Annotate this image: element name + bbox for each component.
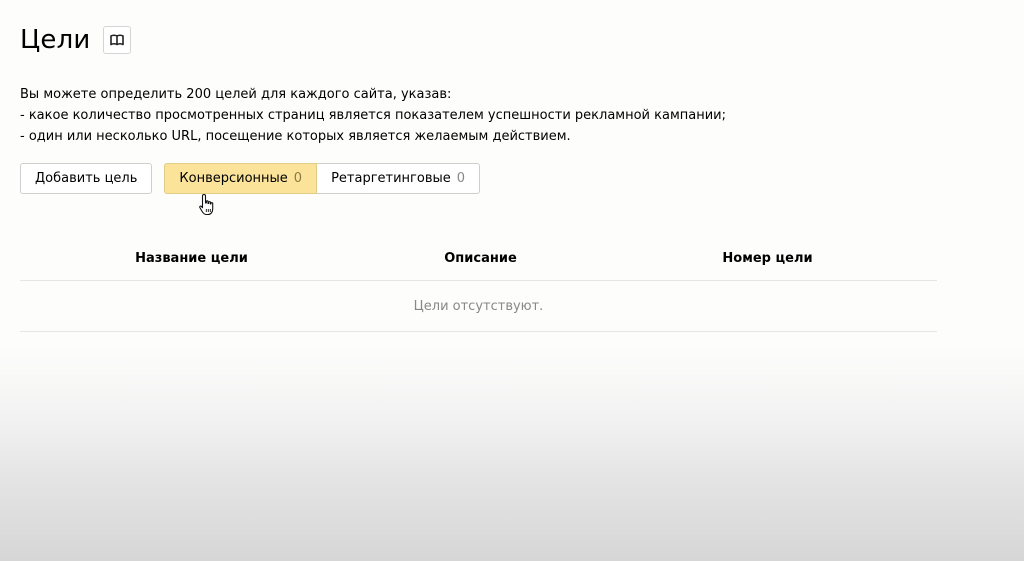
book-icon: [110, 34, 124, 46]
goals-table: Название цели Описание Номер цели Цели о…: [20, 236, 937, 332]
empty-state: Цели отсутствуют.: [20, 281, 937, 332]
tab-label: Ретаргетинговые: [331, 171, 451, 186]
column-header-description[interactable]: Описание: [363, 251, 598, 266]
tab-label: Конверсионные: [179, 171, 287, 186]
table-header: Название цели Описание Номер цели: [20, 236, 937, 281]
column-header-number[interactable]: Номер цели: [598, 251, 937, 266]
intro-line: - один или несколько URL, посещение кото…: [20, 126, 726, 147]
tab-count: 0: [457, 171, 465, 186]
add-goal-label: Добавить цель: [35, 171, 137, 186]
title-row: Цели: [20, 22, 131, 58]
intro-text: Вы можете определить 200 целей для каждо…: [20, 84, 726, 147]
hand-cursor-icon: [198, 193, 218, 217]
help-button[interactable]: [103, 26, 131, 54]
goal-type-tabs: Конверсионные 0 Ретаргетинговые 0: [164, 163, 480, 194]
add-goal-button[interactable]: Добавить цель: [20, 163, 152, 194]
tab-count: 0: [294, 171, 302, 186]
column-header-name[interactable]: Название цели: [20, 251, 363, 266]
toolbar: Добавить цель Конверсионные 0 Ретаргетин…: [20, 163, 480, 194]
intro-line: Вы можете определить 200 целей для каждо…: [20, 84, 726, 105]
tab-retargeting[interactable]: Ретаргетинговые 0: [317, 163, 480, 194]
intro-line: - какое количество просмотренных страниц…: [20, 105, 726, 126]
tab-conversion[interactable]: Конверсионные 0: [164, 163, 317, 194]
page-title: Цели: [20, 22, 91, 58]
